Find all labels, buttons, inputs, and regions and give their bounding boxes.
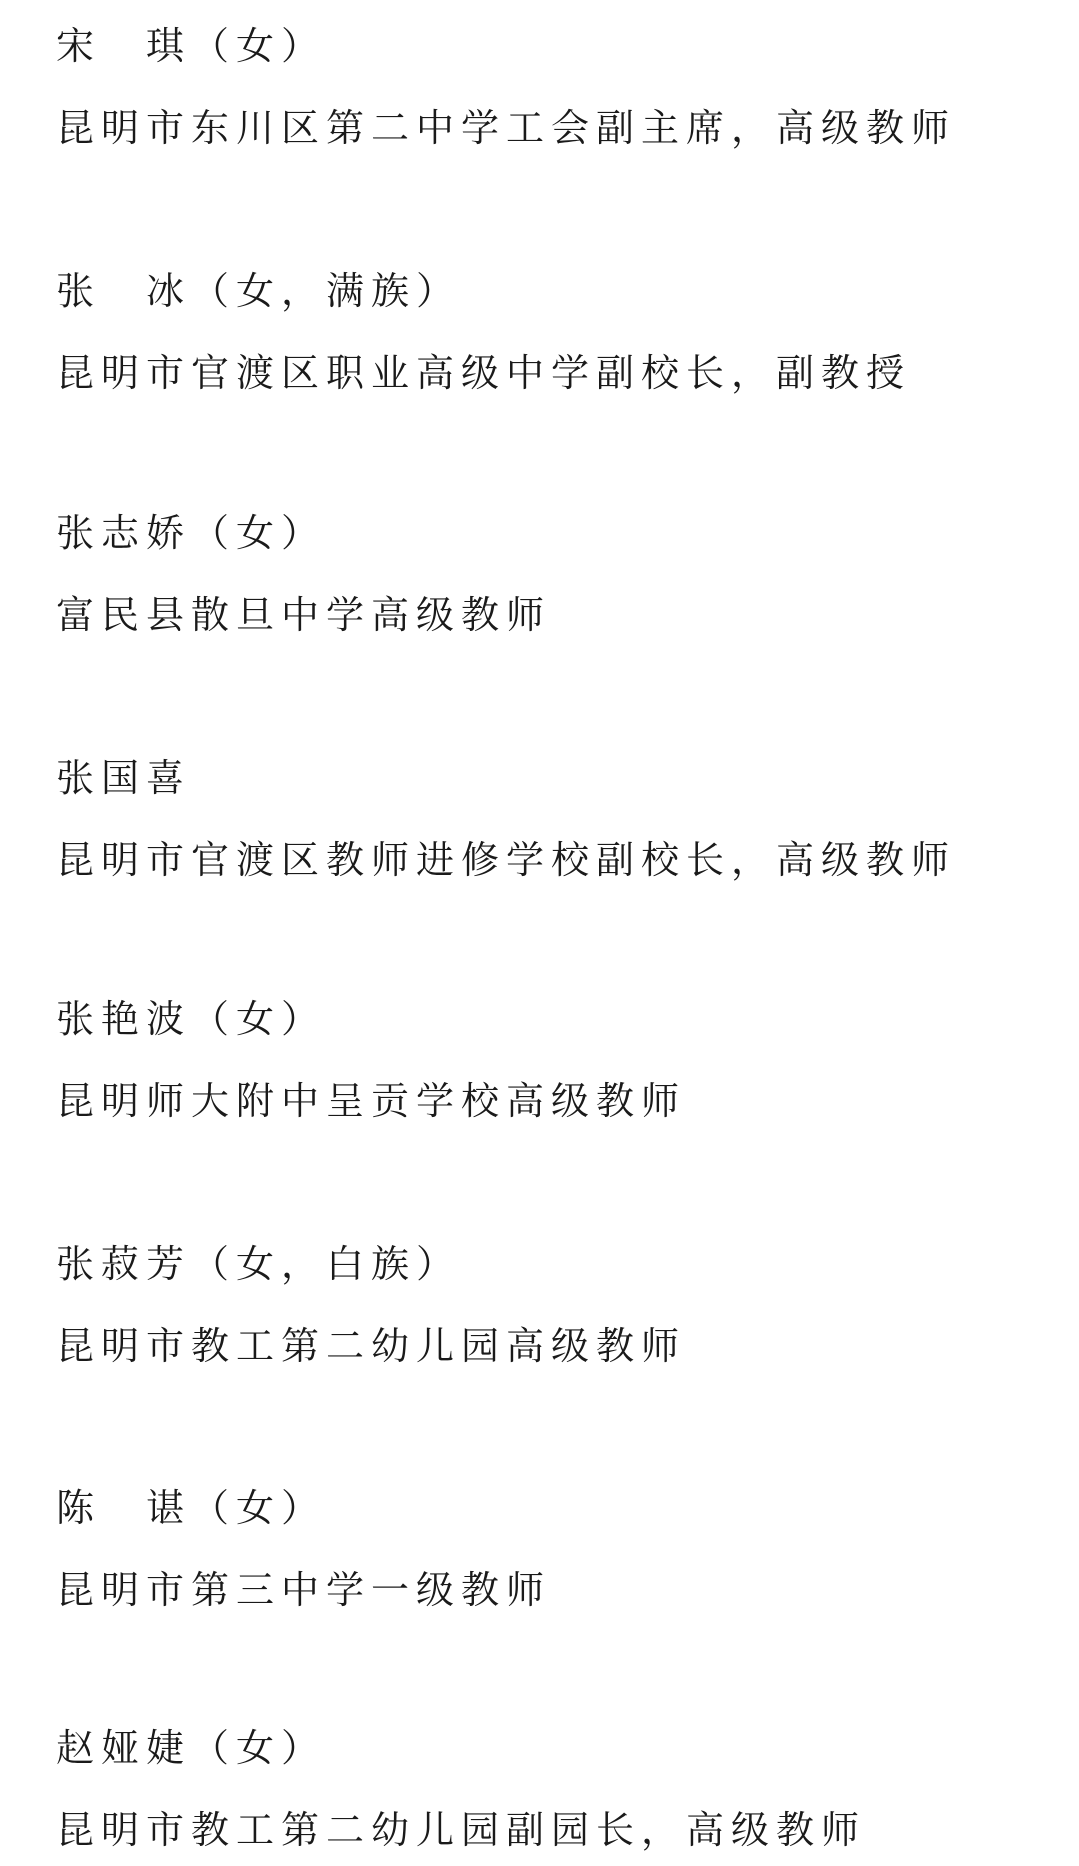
person-name: 张菽芳（女，白族）: [56, 1242, 461, 1286]
person-title: 昆明师大附中呈贡学校高级教师: [56, 1079, 686, 1123]
person-name: 张国喜: [56, 756, 191, 800]
person-name: 陈 谌（女）: [56, 1486, 326, 1530]
person-title: 昆明市官渡区职业高级中学副校长，副教授: [56, 351, 911, 395]
person-title: 昆明市官渡区教师进修学校副校长，高级教师: [56, 838, 956, 882]
person-title: 昆明市第三中学一级教师: [56, 1568, 551, 1612]
person-title: 富民县散旦中学高级教师: [56, 593, 551, 637]
person-name: 赵娅婕（女）: [56, 1726, 326, 1770]
person-title: 昆明市教工第二幼儿园副园长，高级教师: [56, 1808, 866, 1852]
person-name: 张志娇（女）: [56, 511, 326, 555]
person-name: 宋 琪（女）: [56, 24, 326, 68]
person-title: 昆明市教工第二幼儿园高级教师: [56, 1324, 686, 1368]
person-name: 张 冰（女，满族）: [56, 269, 461, 313]
person-name: 张艳波（女）: [56, 997, 326, 1041]
person-title: 昆明市东川区第二中学工会副主席，高级教师: [56, 106, 956, 150]
